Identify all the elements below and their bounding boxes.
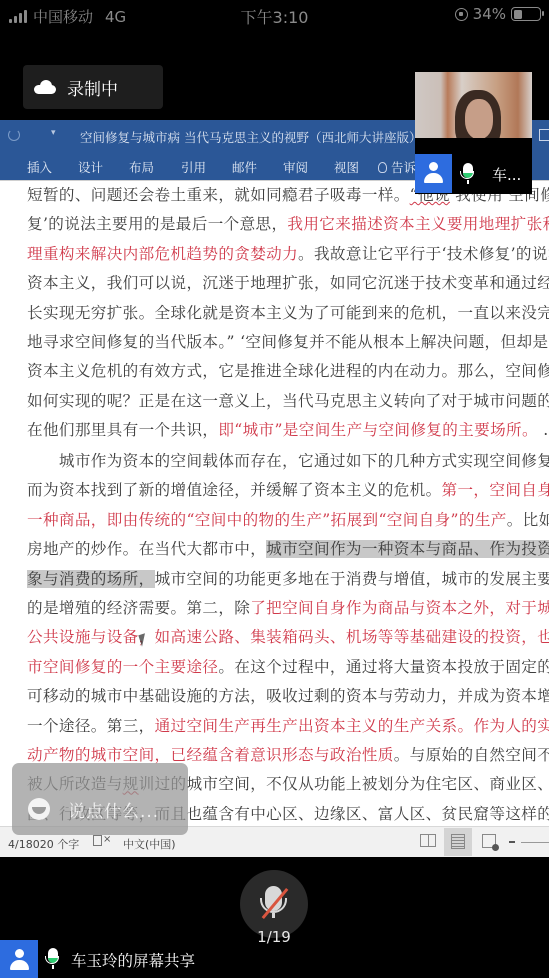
read-mode-icon[interactable]: [420, 834, 436, 847]
tab-mailings[interactable]: 邮件: [232, 158, 257, 176]
status-bar: 中国移动 4G 下午3:10 34%: [0, 0, 549, 30]
text-line: 一个途径。第三，通过空间生产再生产出资本主义的生产关系。作为人的实践活: [27, 712, 535, 741]
tell-me-search[interactable]: 告诉: [378, 158, 416, 176]
tab-design[interactable]: 设计: [78, 158, 103, 176]
participant-video: [415, 72, 532, 138]
highlighted-text: 动产物的城市空间，已经蕴含着意识形态与政治性质: [27, 746, 394, 764]
text-run: 如何实现的呢？正是在这一意义上，当代马克思主义转向了对于城市问题的研究，: [27, 392, 549, 410]
text-line: 资本主义危机的有效方式，它是推进全球化进程的内在动力。那么，空间修复是: [27, 357, 535, 386]
text-run: 训过的城市空间，不仅从功能上被划分为住宅区、商业区、休闲: [139, 775, 549, 793]
text-line: 公共设施与设备，如高速公路、集装箱码头、机场等等基础建设的投资，也是城: [27, 623, 535, 652]
text-run: 复’的说法主要用的是最后一个意思，: [27, 215, 287, 233]
tab-layout[interactable]: 布局: [129, 158, 154, 176]
screen-share-label: 车玉玲的屏幕共享: [71, 949, 195, 971]
text-line: 城市作为资本的空间载体而存在，它通过如下的几种方式实现空间修复，从: [27, 447, 535, 476]
text-line: 地寻求空间修复的当代版本。” ‘空间修复并不能从根本上解决问题，但却是缓解: [27, 328, 535, 357]
battery-percent: 34%: [473, 5, 506, 23]
text-run: 在他们那里具有一个共识，: [27, 421, 218, 439]
text-line: 而为资本找到了新的增值途径，并缓解了资本主义的危机。第一，空间自身作为: [27, 476, 535, 505]
highlighted-text: 公共设施与设备，如高速公路、集装箱码头、机场等等基础建设的投资，也是城: [27, 628, 549, 646]
text-line: 复’的说法主要用的是最后一个意思，我用它来描述资本主义要用地理扩张和地: [27, 210, 535, 239]
highlighted-text: 市空间修复的一个主要途径: [27, 658, 218, 676]
text-run: 城市空间的功能更多地在于消费与增值，城市的发展主要满足: [155, 570, 549, 588]
rotation-lock-icon: [455, 8, 468, 21]
text-line: 在他们那里具有一个共识，即“城市”是空间生产与空间修复的主要场所。 .: [27, 416, 535, 445]
text-run: 城市作为资本的空间载体而存在，它通过如下的几种方式实现空间修复，从: [27, 452, 549, 470]
screen: 中国移动 4G 下午3:10 34% 录制中 ▾ 空间修复与城市病 当代马克思主…: [0, 0, 549, 978]
selected-text: 城市空间作为一种资本与商品、作为投资的对: [266, 540, 549, 558]
participant-info-bar: 车...: [415, 138, 532, 194]
paragraph-1: 短暂的、问题还会卷土重来，就如同瘾君子吸毒一样。“他说‘我使用‘空间修复’的说法…: [27, 181, 535, 446]
text-run: 短暂的、问题还会卷土重来，就如同瘾君子吸毒一样。: [27, 186, 410, 204]
text-run: 而为资本找到了新的增值途径，并缓解了资本主义的危机。: [27, 481, 442, 499]
language-indicator[interactable]: 中文(中国): [123, 836, 176, 852]
text-line: 一种商品，即由传统的“空间中的物的生产”拓展到“空间自身”的生产。比如，: [27, 506, 535, 535]
text-run: 可移动的城市中基础设施的方法，吸收过剩的资本与劳动力，并成为资本增殖的: [27, 687, 549, 705]
text-line: 理重构来解决内部危机趋势的贪婪动力。我故意让它平行于‘技术修复’的说法。: [27, 240, 535, 269]
document-title: 空间修复与城市病 当代马克思主义的视野（西北师大讲座版） [兼容模: [80, 128, 468, 146]
ribbon-display-icon[interactable]: [539, 129, 549, 141]
tell-me-label: 告诉: [391, 160, 416, 175]
text-run: 。比如，: [507, 511, 549, 529]
text-run: 地寻求空间修复的当代版本。” ‘空间修复并不能从根本上解决问题，但却是缓解: [27, 333, 549, 351]
text-line: 可移动的城市中基础设施的方法，吸收过剩的资本与劳动力，并成为资本增殖的: [27, 682, 535, 711]
highlighted-text: 理重构来解决内部危机趋势的贪婪动力: [27, 245, 298, 263]
selected-text: 象与消费的场所，: [27, 570, 155, 588]
highlighted-text: 通过空间生产再生产出资本主义的生产关系。作为人的实践活: [155, 717, 549, 735]
zoom-slider[interactable]: [521, 842, 549, 843]
proofing-icon[interactable]: [93, 835, 102, 846]
proofing-error-icon: ×: [103, 834, 111, 845]
avatar: [415, 154, 452, 193]
print-layout-button[interactable]: [444, 828, 472, 856]
text-line: 房地产的炒作。在当代大都市中，城市空间作为一种资本与商品、作为投资的对: [27, 535, 535, 564]
word-count[interactable]: 4/18020 个字: [8, 836, 79, 852]
cloud-icon: [34, 80, 56, 94]
text-run: 。我故意让它平行于‘技术修复’的说法。: [298, 245, 549, 263]
document-body[interactable]: 短暂的、问题还会卷土重来，就如同瘾君子吸毒一样。“他说‘我使用‘空间修复’的说法…: [0, 182, 549, 826]
comment-placeholder: 说点什么...: [68, 797, 159, 822]
tab-view[interactable]: 视图: [334, 158, 359, 176]
quick-access-dropdown-icon[interactable]: ▾: [51, 128, 56, 138]
mic-icon: [48, 948, 58, 963]
person-icon: [9, 949, 30, 971]
text-run: 资本主义危机的有效方式，它是推进全球化进程的内在动力。那么，空间修复是: [27, 362, 549, 380]
mic-icon: [463, 163, 473, 178]
highlighted-text: 我用它来描述资本主义要用地理扩张和地: [287, 215, 549, 233]
text-run: 。与原始的自然空间不同，: [394, 746, 549, 764]
text-run: 的是增殖的经济需要。第二，除: [27, 599, 250, 617]
text-run: 资本主义，我们可以说，沉迷于地理扩张，如同它沉迷于技术变革和通过经济增: [27, 274, 549, 292]
highlighted-text: 第一，空间自身作为: [442, 481, 549, 499]
text-line: 资本主义，我们可以说，沉迷于地理扩张，如同它沉迷于技术变革和通过经济增: [27, 269, 535, 298]
tab-review[interactable]: 审阅: [283, 158, 308, 176]
text-line: 市空间修复的一个主要途径。在这个过程中，通过将大量资本投放于固定的、不: [27, 653, 535, 682]
recording-label: 录制中: [67, 75, 118, 100]
zoom-out-icon[interactable]: [509, 841, 515, 843]
tab-insert[interactable]: 插入: [27, 158, 52, 176]
highlighted-text: 一种商品，即由传统的“空间中的物的生产”拓展到“空间自身”的生产: [27, 511, 507, 529]
text-line: 如何实现的呢？正是在这一意义上，当代马克思主义转向了对于城市问题的研究，: [27, 387, 535, 416]
comment-input[interactable]: 说点什么...: [12, 763, 188, 835]
text-run: 长实现无穷扩张。全球化就是资本主义为了可能到来的危机，一直以来没完没了: [27, 304, 549, 322]
text-run: 一个途径。第三，: [27, 717, 155, 735]
tab-references[interactable]: 引用: [181, 158, 206, 176]
battery-icon: [511, 7, 541, 21]
web-layout-icon[interactable]: [482, 834, 496, 848]
avatar: [0, 940, 38, 978]
person-icon: [423, 162, 444, 184]
highlighted-text: 了把空间自身作为商品与资本之外，对于城市中: [250, 599, 549, 617]
shared-screen-word-window: ▾ 空间修复与城市病 当代马克思主义的视野（西北师大讲座版） [兼容模 插入 设…: [0, 120, 549, 857]
print-layout-icon: [451, 834, 465, 849]
text-run: 房地产的炒作。在当代大都市中，: [27, 540, 266, 558]
screen-share-bar: 车玉玲的屏幕共享: [0, 940, 549, 978]
text-run: .: [538, 421, 549, 439]
lightbulb-icon: [378, 162, 387, 173]
text-line: 长实现无穷扩张。全球化就是资本主义为了可能到来的危机，一直以来没完没了: [27, 299, 535, 328]
mute-toggle-button[interactable]: 1/19: [240, 870, 308, 938]
recording-indicator[interactable]: 录制中: [23, 65, 163, 109]
participant-name: 车...: [492, 164, 521, 185]
text-line: 的是增殖的经济需要。第二，除了把空间自身作为商品与资本之外，对于城市中: [27, 594, 535, 623]
participant-video-tile[interactable]: 车...: [415, 72, 532, 194]
smile-icon[interactable]: [28, 798, 50, 820]
text-run: 。在这个过程中，通过将大量资本投放于固定的、不: [218, 658, 549, 676]
undo-icon[interactable]: [8, 129, 20, 141]
highlighted-text: 即“城市”是空间生产与空间修复的主要场所。: [218, 421, 538, 439]
text-line: 象与消费的场所，城市空间的功能更多地在于消费与增值，城市的发展主要满足: [27, 565, 535, 594]
